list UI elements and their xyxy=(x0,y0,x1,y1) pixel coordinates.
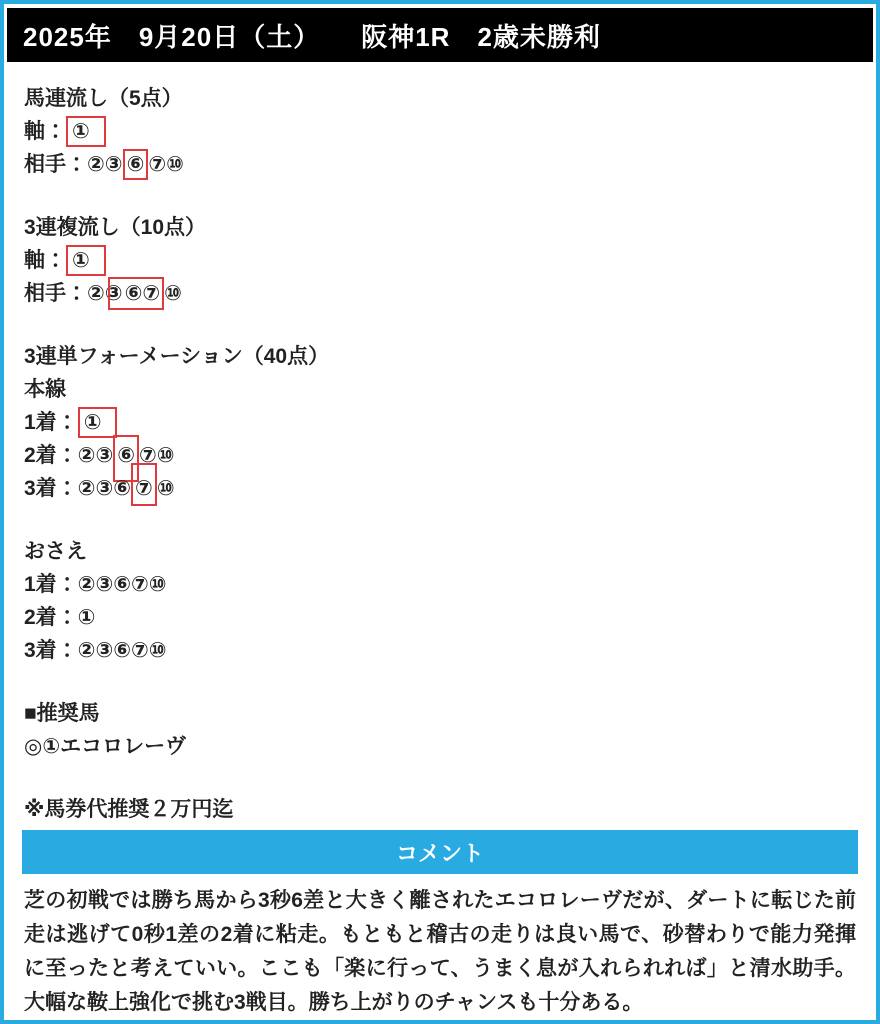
bet-line-1st: 1着：① xyxy=(24,406,856,439)
bet-label: 軸： xyxy=(24,249,66,272)
bet-section-title: 3連複流し（10点） xyxy=(24,211,856,244)
bet-numbers: 1着：②③⑥⑦⑩ xyxy=(24,573,167,596)
content: 馬連流し（5点） 軸：① 相手：②③⑥⑦⑩ 3連複流し（10点） 軸：① 相手：… xyxy=(4,62,876,1020)
bet-line-2nd: 2着：① xyxy=(24,601,856,634)
bet-line-axis: 軸：① xyxy=(24,115,856,148)
bet-line-axis: 軸：① xyxy=(24,244,856,277)
bet-section-osae: おさえ 1着：②③⑥⑦⑩ 2着：① 3着：②③⑥⑦⑩ xyxy=(24,535,856,667)
red-highlight-box: ① xyxy=(66,245,106,276)
recommend-horse: ◎①エコロレーヴ xyxy=(24,730,856,763)
bet-section-title: 3連単フォーメーション（40点） xyxy=(24,340,856,373)
bet-label: 1着： xyxy=(24,411,78,434)
bet-line-1st: 1着：②③⑥⑦⑩ xyxy=(24,568,856,601)
red-highlight-box: ① xyxy=(66,116,106,147)
race-title: 2025年 9月20日（土） 阪神1R 2歳未勝利 xyxy=(23,17,601,54)
bet-line-partners: 相手：②③⑥⑦⑩ xyxy=(24,148,856,181)
red-highlight-box: ⑦ xyxy=(131,463,157,506)
bet-section-sanrenpuku: 3連複流し（10点） 軸：① 相手：②③⑥⑦⑩ xyxy=(24,211,856,310)
bet-numbers: 3着：②③⑥⑦⑩ xyxy=(24,639,167,662)
bet-section-umaren: 馬連流し（5点） 軸：① 相手：②③⑥⑦⑩ xyxy=(24,82,856,181)
recommend-heading: ■推奨馬 xyxy=(24,697,856,730)
red-highlight-box: ⑥ xyxy=(123,149,149,180)
bet-subtitle-honsen: 本線 xyxy=(24,373,856,406)
bet-label: 軸： xyxy=(24,120,66,143)
bet-label: 2着：②③ xyxy=(24,444,113,467)
bet-line-3rd: 3着：②③⑥⑦⑩ xyxy=(24,472,856,505)
budget-note: ※馬券代推奨２万円迄 xyxy=(24,793,856,826)
bet-section-sanrentan: 3連単フォーメーション（40点） 本線 1着：① 2着：②③⑥⑦⑩ 3着：②③⑥… xyxy=(24,340,856,505)
race-header: 2025年 9月20日（土） 阪神1R 2歳未勝利 xyxy=(7,8,873,62)
bet-line-partners: 相手：②③⑥⑦⑩ xyxy=(24,277,856,310)
bet-section-title: おさえ xyxy=(24,535,856,568)
recommend-section: ■推奨馬 ◎①エコロレーヴ xyxy=(24,697,856,763)
comment-bar-label: コメント xyxy=(396,837,484,868)
red-highlight-box: ⑥⑦ xyxy=(108,277,165,310)
bet-numbers: ⑦⑩ xyxy=(148,153,184,176)
bet-numbers: 2着：① xyxy=(24,606,95,629)
bet-label: 3着：②③⑥ xyxy=(24,477,131,500)
bet-line-3rd: 3着：②③⑥⑦⑩ xyxy=(24,634,856,667)
bet-numbers: ⑩ xyxy=(164,282,182,305)
comment-bar-button[interactable]: コメント xyxy=(22,830,858,874)
comment-text: 芝の初戦では勝ち馬から3秒6差と大きく離されたエコロレーヴだが、ダートに転じた前… xyxy=(24,884,856,1020)
bet-numbers: ⑩ xyxy=(157,477,175,500)
page: 2025年 9月20日（土） 阪神1R 2歳未勝利 馬連流し（5点） 軸：① 相… xyxy=(0,0,880,1024)
red-highlight-box: ① xyxy=(78,407,118,438)
bet-label: 相手：②③ xyxy=(24,153,123,176)
bet-section-title: 馬連流し（5点） xyxy=(24,82,856,115)
